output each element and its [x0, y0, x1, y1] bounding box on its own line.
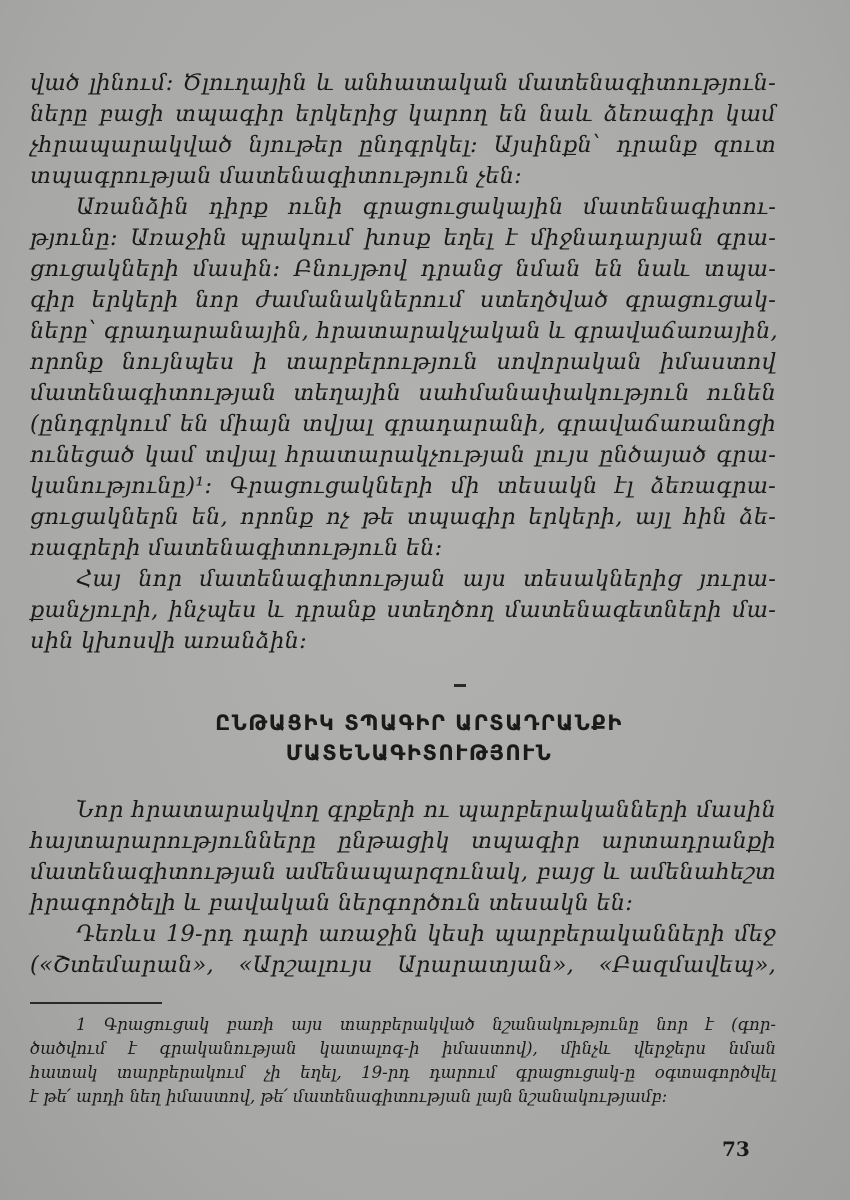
- text-line: որոնք նույնպես ի տարբերություն սովորական…: [30, 347, 776, 378]
- text-line: ները՝ գրադարանային, հրատարակչական և գրավ…: [30, 316, 776, 347]
- body-text-section-1: ված լինում։ Ծլուղային և անհատական մատենա…: [30, 68, 776, 657]
- text-line: սին կխոսվի առանձին։: [30, 626, 776, 657]
- footnote-line: ծածվում է գրականության կատալոգ-ի իմաստով…: [30, 1037, 776, 1061]
- text-line: իրագործելի և բավական ներգործուն տեսակն ե…: [30, 888, 776, 919]
- text-line: ցուցակների մասին։ Բնույթով դրանց նման են…: [30, 254, 776, 285]
- footnote-text: Գրացուցակ բառի այս տարբերակված նշանակութ…: [104, 1015, 776, 1034]
- footnote-marker: 1: [76, 1015, 87, 1034]
- text-line: Նոր հրատարակվող գրքերի ու պարբերականների…: [30, 795, 776, 826]
- footnote-line: է թե՛ արդի նեղ իմաստով, թե՛ մատենագիտութ…: [30, 1085, 776, 1109]
- section-divider-dash: [454, 684, 466, 687]
- text-line: տպագրության մատենագիտություն չեն։: [30, 161, 776, 192]
- text-line: քանչյուրի, ինչպես և դրանք ստեղծող մատենա…: [30, 595, 776, 626]
- text-line: ները բացի տպագիր երկերից կարող են նաև ձե…: [30, 99, 776, 130]
- text-line: Առանձին դիրք ունի գրացուցակային մատենագի…: [30, 192, 776, 223]
- text-line: գիր երկերի նոր ժամանակներում ստեղծված գր…: [30, 285, 776, 316]
- section-heading-line-2: ՄԱՏԵՆԱԳԻՏՈՒԹՅՈՒՆ: [0, 738, 844, 768]
- body-text-section-2: Նոր հրատարակվող գրքերի ու պարբերականների…: [30, 795, 776, 981]
- text-line-with-footnote-ref: կանությունը)¹։ Գրացուցակների մի տեսակն է…: [30, 471, 776, 502]
- text-line: ված լինում։ Ծլուղային և անհատական մատենա…: [30, 68, 776, 99]
- section-heading-line-1: ԸՆԹԱՑԻԿ ՏՊԱԳԻՐ ԱՐՏԱԴՐԱՆՔԻ: [0, 708, 844, 738]
- text-line: թյունը։ Առաջին պրակում խոսք եղել է միջնա…: [30, 223, 776, 254]
- footnote-line: հատակ տարբերակում չի եղել, 19-րդ դարում …: [30, 1061, 776, 1085]
- footnote: 1 Գրացուցակ բառի այս տարբերակված նշանակո…: [30, 1013, 776, 1109]
- text-line: Դեռևս 19-րդ դարի առաջին կեսի պարբերականն…: [30, 919, 776, 950]
- text-line: («Շտեմարան», «Արշալույս Արարատյան», «Բազ…: [30, 950, 776, 981]
- text-line: ռագրերի մատենագիտություն են։: [30, 533, 776, 564]
- footnote-separator-rule: [30, 1002, 162, 1004]
- text-line: հայտարարությունները ընթացիկ տպագիր արտադ…: [30, 826, 776, 857]
- text-line: Հայ նոր մատենագիտության այս տեսակներից յ…: [30, 564, 776, 595]
- footnote-line: 1 Գրացուցակ բառի այս տարբերակված նշանակո…: [30, 1013, 776, 1037]
- text-line: չհրապարակված նյութեր ընդգրկել։ Այսինքն՝ …: [30, 130, 776, 161]
- text-line: մատենագիտության ամենապարզունակ, բայց և ա…: [30, 857, 776, 888]
- text-line: ունեցած կամ տվյալ հրատարակչության լույս …: [30, 440, 776, 471]
- book-page: ված լինում։ Ծլուղային և անհատական մատենա…: [0, 0, 850, 1200]
- text-line: ցուցակներն են, որոնք ոչ թե տպագիր երկերի…: [30, 502, 776, 533]
- text-line: մատենագիտության տեղային սահմանափակությու…: [30, 378, 776, 409]
- page-number: 73: [722, 1137, 750, 1161]
- text-line: (ընդգրկում են միայն տվյալ գրադարանի, գրա…: [30, 409, 776, 440]
